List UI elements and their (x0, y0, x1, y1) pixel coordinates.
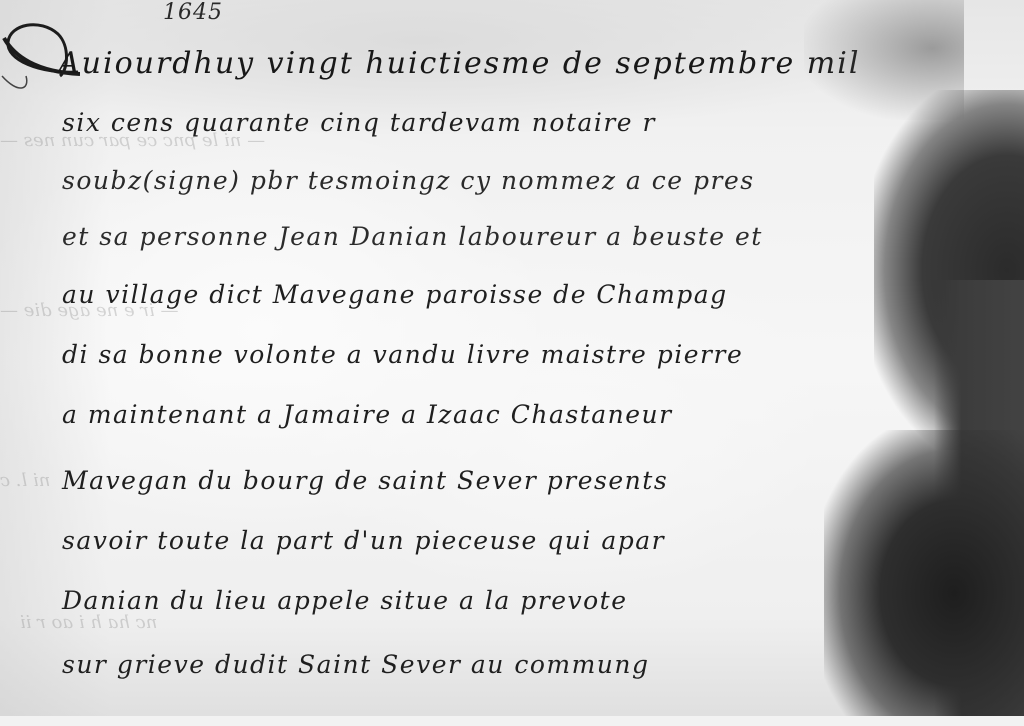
text-line-8: Mavegan du bourg de saint Sever presents (62, 466, 668, 495)
text-line-4: et sa personne Jean Danian laboureur a b… (62, 222, 763, 251)
text-line-2: six cens quarante cinq tardevam notaire … (62, 108, 656, 137)
text-line-5: au village dict Mavegane paroisse de Cha… (62, 280, 728, 309)
text-line-10: Danian du lieu appele situe a la prevote (62, 586, 628, 615)
text-line-9: savoir toute la part d'un pieceuse qui a… (62, 526, 665, 555)
manuscript-page: — ni le pnc ce par cun nes — — ir e ne a… (0, 0, 1024, 726)
text-line-11: sur grieve dudit Saint Sever au commung (62, 650, 650, 679)
manuscript-text: Auiourdhuy vingt huictiesme de septembre… (0, 0, 1024, 726)
text-line-1: Auiourdhuy vingt huictiesme de septembre… (58, 46, 860, 81)
text-line-3: soubz(signe) pbr tesmoingz cy nommez a c… (62, 166, 755, 195)
text-line-7: a maintenant a Jamaire a Izaac Chastaneu… (62, 400, 673, 429)
text-line-6: di sa bonne volonte a vandu livre maistr… (62, 340, 743, 369)
scan-bottom-border (0, 716, 1024, 726)
